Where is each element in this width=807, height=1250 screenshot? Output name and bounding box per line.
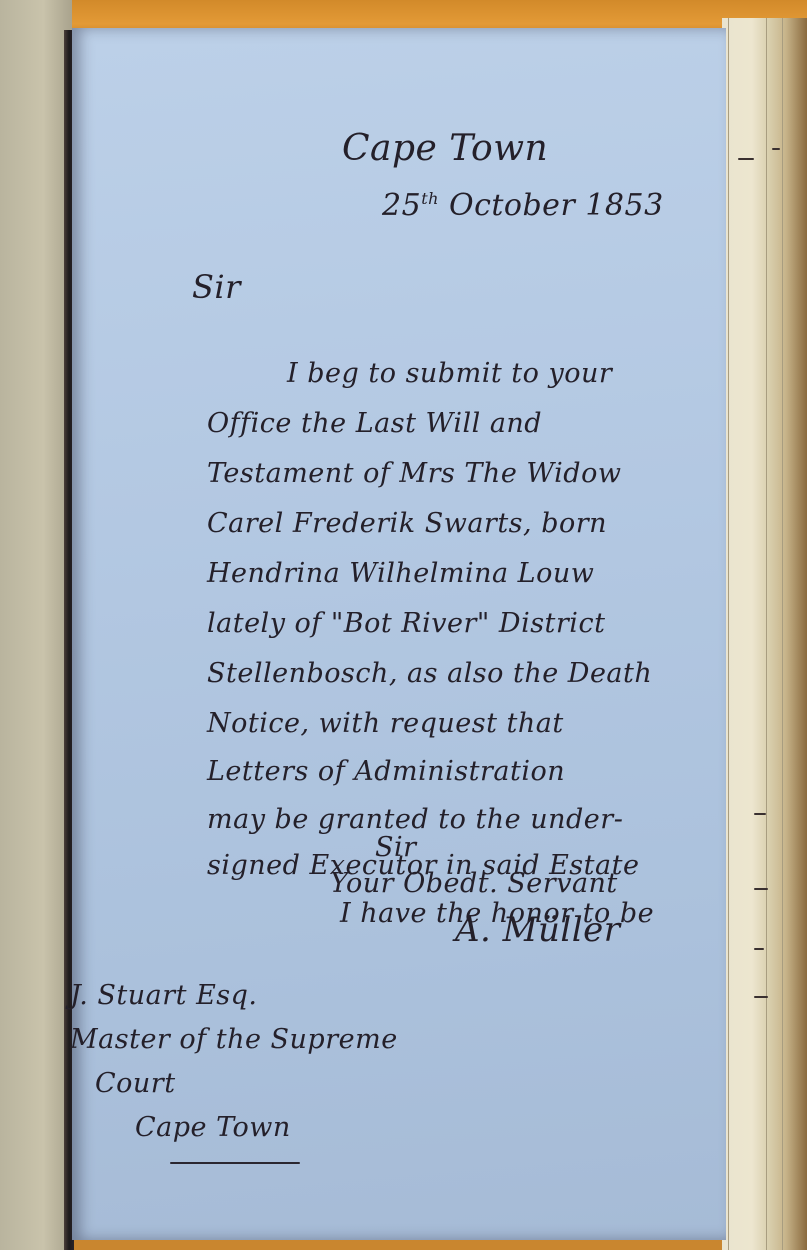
facing-left-page: [0, 0, 72, 1250]
letter-sheet: Cape Town 25th October 1853 Sir I beg to…: [72, 28, 726, 1240]
ink-mark: [754, 813, 766, 815]
page-edge-line: [766, 18, 767, 1250]
ink-mark: [754, 888, 768, 890]
signature: A. Müller: [455, 910, 621, 950]
addressee-name: J. Stuart Esq.: [70, 980, 258, 1011]
addressee-title: Master of the Supreme: [70, 1024, 398, 1055]
body-line: Carel Frederik Swarts, born: [207, 508, 607, 539]
body-line: lately of "Bot River" District: [207, 608, 605, 639]
address-underline: [170, 1162, 300, 1164]
body-line: Hendrina Wilhelmina Louw: [207, 558, 594, 589]
body-line: Letters of Administration: [207, 756, 565, 787]
body-line: may be granted to the under-: [207, 804, 623, 835]
ink-mark: [754, 996, 768, 998]
ink-mark: [754, 948, 764, 950]
addressee-court: Court: [95, 1068, 176, 1099]
letter-date: 25th October 1853: [382, 188, 664, 223]
body-line: Office the Last Will and: [207, 408, 542, 439]
body-line: Notice, with request that: [207, 708, 564, 739]
letter-place: Cape Town: [342, 128, 548, 169]
salutation: Sir: [192, 268, 241, 306]
ink-mark: [738, 158, 754, 160]
bound-page-stack: [722, 18, 807, 1250]
page-edge-line: [782, 18, 783, 1250]
body-line: Stellenbosch, as also the Death: [207, 658, 652, 689]
page-edge-line: [728, 18, 729, 1250]
date-month-year: October 1853: [449, 188, 664, 223]
body-line: Testament of Mrs The Widow: [207, 458, 621, 489]
addressee-city: Cape Town: [135, 1112, 291, 1143]
closing-sir: Sir: [375, 832, 417, 863]
date-day: 25: [382, 188, 421, 223]
closing-servant: Your Obedt. Servant: [330, 868, 618, 899]
date-suffix: th: [421, 189, 439, 208]
body-line: I beg to submit to your: [287, 358, 612, 389]
ink-mark: [772, 148, 780, 150]
